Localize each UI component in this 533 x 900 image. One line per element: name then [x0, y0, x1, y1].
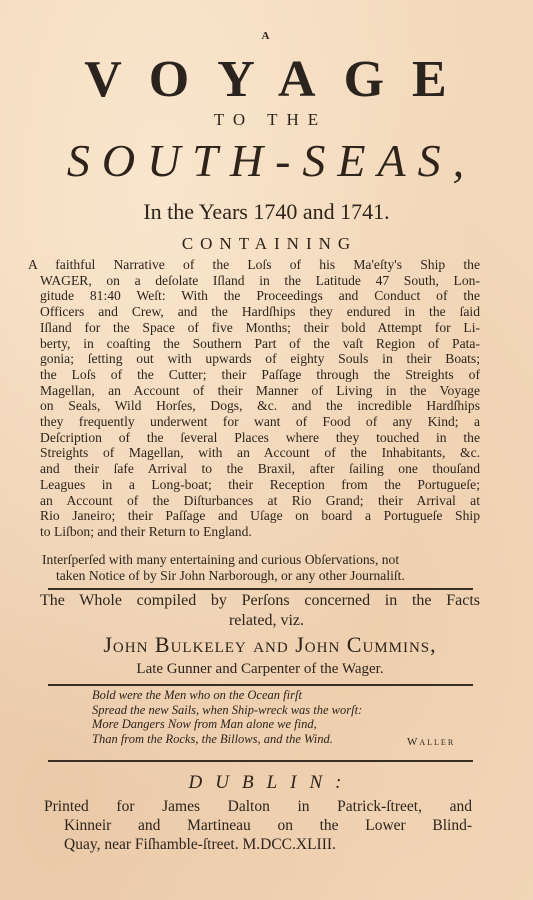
- verse-attribution: Waller: [407, 736, 455, 748]
- narrative-line: gitude 81:40 Weſt: With the Proceedings …: [40, 288, 480, 304]
- narrative-block: A faithful Narrative of the Loſs of his …: [40, 257, 480, 540]
- title-article: A: [0, 30, 533, 42]
- title-voyage: VOYAGE: [0, 52, 533, 108]
- title-page: A VOYAGE TO THE SOUTH-SEAS, In the Years…: [0, 0, 533, 900]
- narrative-line: WAGER, on a deſolate Iſland in the Latit…: [40, 273, 480, 289]
- narrative-line: an Account of the Diſturbances at Rio Gr…: [40, 493, 480, 509]
- narrative-line: on Seals, Wild Horſes, Dogs, &c. and the…: [40, 398, 480, 414]
- verse-line: Than from the Rocks, the Billows, and th…: [92, 732, 362, 747]
- divider-rule: [48, 588, 473, 590]
- compiled-by: The Whole compiled by Perſons concerned …: [40, 592, 480, 610]
- verse-line: More Dangers Now from Man alone we find,: [92, 717, 362, 732]
- imprint-line: Kinneir and Martineau on the Lower Blind…: [44, 816, 472, 835]
- narrative-line: and their ſafe Arrival to the Braxil, af…: [40, 461, 480, 477]
- narrative-line: Rio Janeiro; their Paſſage and Uſage on …: [40, 508, 480, 524]
- narrative-line: gonia; ſetting out with upwards of eight…: [40, 351, 480, 367]
- imprint-block: Printed for James Dalton in Patrick-ſtre…: [44, 797, 472, 854]
- containing-heading: CONTAINING: [0, 234, 533, 254]
- narrative-line: Magellan, an Account of their Manner of …: [40, 383, 480, 399]
- narrative-line: Leagues in a Long-boat; their Reception …: [40, 477, 480, 493]
- divider-rule: [48, 684, 473, 686]
- imprint-city: DUBLIN:: [0, 772, 533, 794]
- divider-rule: [48, 760, 473, 762]
- narrative-line: Iſland for the Space of five Months; the…: [40, 320, 480, 336]
- title-south-seas: SOUTH-SEAS,: [0, 135, 533, 187]
- title-years: In the Years 1740 and 1741.: [0, 200, 533, 224]
- narrative-line: Officers and Crew, and the Hardſhips the…: [40, 304, 480, 320]
- title-to-the: TO THE: [0, 110, 533, 130]
- epigraph-verse: Bold were the Men who on the Ocean firſt…: [92, 688, 362, 746]
- narrative-line: they frequently underwent for want of Fo…: [40, 414, 480, 430]
- related-viz: related, viz.: [0, 612, 533, 630]
- narrative-line: berty, in coaſting the Southern Part of …: [40, 336, 480, 352]
- verse-line: Bold were the Men who on the Ocean firſt: [92, 688, 362, 703]
- interspersed-note: Interſperſed with many entertaining and …: [42, 552, 472, 583]
- verse-line: Spread the new Sails, when Ship-wreck wa…: [92, 703, 362, 718]
- interspersed-line: taken Notice of by Sir John Narborough, …: [42, 568, 472, 584]
- narrative-line: A faithful Narrative of the Loſs of his …: [28, 257, 480, 273]
- authors: John Bulkeley and John Cummins,: [50, 632, 490, 658]
- author-roles: Late Gunner and Carpenter of the Wager.: [40, 660, 480, 678]
- imprint-line: Printed for James Dalton in Patrick-ſtre…: [44, 797, 472, 816]
- narrative-line: Streights of Magellan, with an Account o…: [40, 445, 480, 461]
- imprint-line: Quay, near Fiſhamble-ſtreet. M.DCC.XLIII…: [44, 835, 472, 854]
- narrative-line: Deſcription of the ſeveral Places where …: [40, 430, 480, 446]
- narrative-line: to Liſbon; and their Return to England.: [40, 524, 480, 540]
- narrative-line: the Loſs of the Cutter; their Paſſage th…: [40, 367, 480, 383]
- interspersed-line: Interſperſed with many entertaining and …: [42, 552, 472, 568]
